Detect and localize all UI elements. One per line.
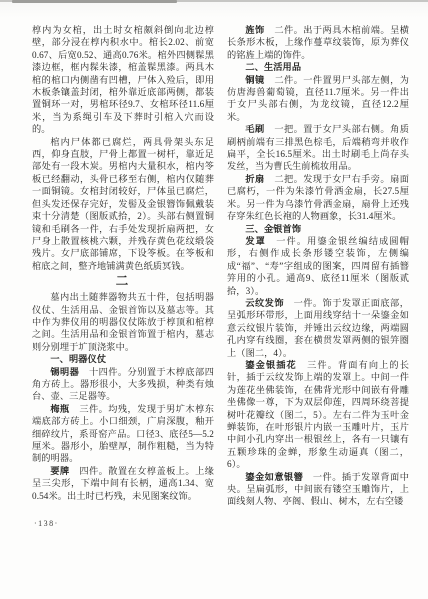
paragraph-coffin-description: 椁内为女棺，出土时女棺颇斜倒向北边椁壁，部分浸在椁内积水中。棺长2.02、前宽0…: [32, 24, 214, 136]
subheading-gold-silver-jewelry: 三、金银首饰: [227, 223, 409, 235]
subheading-daily-utensils: 二、生活用品: [227, 61, 409, 73]
item-paragraph-bronze-mirrors: 铜镜 二件。一件置男尸头部左侧，为仿唐海兽葡萄镜，直径11.7厘米。另一件出于女…: [227, 74, 409, 124]
item-paragraph-gilt-silver-hairpin: 鎏金如意银簪 一件。插于发罩背面中央。呈扁弧形，中间嵌有镂空玉雕饰片，上面线刻人…: [227, 471, 409, 508]
item-term: 铜镜: [245, 75, 264, 85]
item-paragraph-meiping: 梅瓶 三件。均残，发现于男圹木椁东端底部方砖上。小口细颈，广肩深腹，釉开细碎纹片…: [32, 403, 214, 465]
item-paragraph-cloud-hair-ornament: 云纹发饰 一件。饰于发罩正面底部，呈弧形环带形，上面用线穿结十一朵鎏金如意云纹银…: [227, 297, 409, 359]
two-column-text: 椁内为女棺，出土时女棺颇斜倒向北边椁壁，部分浸在椁内积水中。棺长2.02、前宽0…: [32, 24, 410, 508]
item-desc: 三件。背面有向上的长针，插于云纹发饰上端的发罩上。中间一件为莲花坐佛装饰，在佛背…: [227, 360, 409, 469]
item-term: 鎏金如意银簪: [245, 472, 303, 482]
item-term: 旌饰: [245, 25, 264, 35]
section-heading: 二: [32, 272, 214, 291]
item-term: 鎏金银插花: [245, 360, 296, 370]
item-paragraph-folding-fans: 折扇 二把。发现于女尸右手旁。扇面已腐朽，一件为朱漆竹骨洒金扇，长27.5厘米。…: [227, 173, 409, 223]
item-paragraph-hair-cover: 发罩 一件。用鎏金银丝编结成圆帽形，右侧作成长条形镂空装饰，左侧编成“福”、“寿…: [227, 235, 409, 297]
left-column: 椁内为女棺，出土时女棺颇斜倒向北边椁壁，部分浸在椁内积水中。棺长2.02、前宽0…: [32, 24, 214, 508]
subheading-mingqi: 一、明器仪仗: [32, 353, 214, 365]
item-term: 云纹发饰: [245, 298, 284, 308]
item-term: 要牌: [50, 466, 69, 476]
item-paragraph-banner-ornament: 旌饰 二件。出于两具木棺前端。呈横长条形木板，上缘作蔓草纹装饰，原为葬仪的铭旌上…: [227, 24, 409, 61]
item-paragraph-gilt-silver-flowers: 鎏金银插花 三件。背面有向上的长针，插于云纹发饰上端的发罩上。中间一件为莲花坐佛…: [227, 359, 409, 471]
paragraph-burial-remains: 棺内尸体都已腐烂，两具骨架头东足西，仰身直肢，尸骨上都置一树杆，靠近足部处有一段…: [32, 136, 214, 272]
item-term: 毛刷: [245, 124, 264, 134]
item-term: 梅瓶: [50, 404, 69, 414]
item-paragraph-brush: 毛刷 一把。置于女尸头部右侧。角质刷柄前端有三排黑色棕毛，后端稍弯并收作扁平，全…: [227, 123, 409, 173]
item-term: 锡明器: [50, 367, 79, 377]
scanned-page: 椁内为女棺，出土时女棺颇斜倒向北边椁壁，部分浸在椁内积水中。棺长2.02、前宽0…: [0, 0, 428, 599]
page-number: ·138·: [34, 519, 59, 528]
item-paragraph-plaque: 要牌 四件。散置在女椁盖板上。上缘呈三尖形，下端中间有长柄，通高1.34、宽0.…: [32, 465, 214, 502]
item-term: 发罩: [245, 236, 266, 246]
right-column: 旌饰 二件。出于两具木棺前端。呈横长条形木板，上缘作蔓草纹装饰，原为葬仪的铭旌上…: [227, 24, 409, 508]
item-paragraph-tin-vessels: 锡明器 十四件。分别置于木椁底部四角方砖上。器形很小，大多残损，种类有烛台、壶、…: [32, 366, 214, 403]
item-term: 折扇: [245, 174, 264, 184]
scan-artifact-line-dark: [12, 0, 177, 3]
paragraph-artifacts-intro: 墓内出土随葬器物共五十件，包括明器仪仗、生活用品、金银首饰以及墓志等。其中作为葬…: [32, 291, 214, 353]
